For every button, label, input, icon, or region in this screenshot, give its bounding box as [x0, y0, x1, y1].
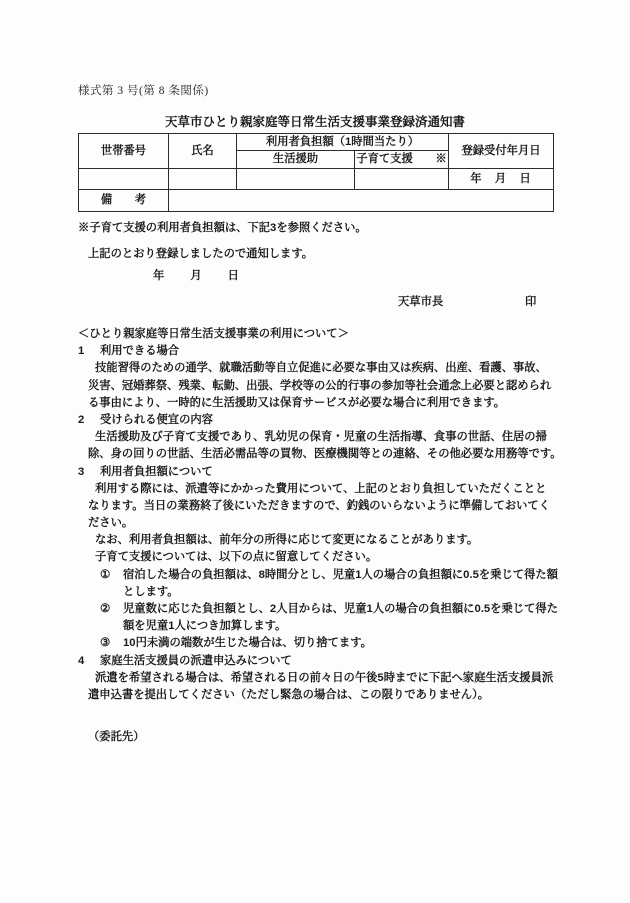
section-1-line: る事由により、一時的に生活援助又は保育サービスが必要な場合に利用できます。 — [78, 395, 558, 412]
document-title: 天草市ひとり親家庭等日常生活支援事業登録済通知書 — [0, 112, 630, 130]
circled-1-marker: ① — [100, 567, 123, 584]
section-3-line: 利用する際には、派遣等にかかった費用について、上記のとおり負担していただくことと — [78, 481, 558, 498]
section-2-number: 2 — [78, 412, 100, 429]
section-3-line: なります。当日の業務終了後にいただきますので、釣銭のいらないように準備しておいて… — [78, 498, 558, 515]
section-3-line: なお、利用者負担額は、前年分の所得に応じて変更になることがあります。 — [78, 532, 558, 549]
consignee-label: （委託先） — [88, 728, 145, 744]
childcare-note: ※子育て支援の利用者負担額は、下記3を参照ください。 — [78, 219, 367, 235]
section-1-line: 災害、冠婚葬祭、残業、転勤、出張、学校等の公的行事の参加等社会通念上必要と認めら… — [78, 378, 558, 395]
user-charge-header: 利用者負担額（1時間当たり） — [237, 134, 449, 151]
section-2-title-text: 受けられる便宜の内容 — [100, 414, 213, 426]
circled-item-1-text: 宿泊した場合の負担額は、8時間分とし、児童1人の場合の負担額に0.5を乗じて得た… — [123, 569, 558, 581]
circled-item-2-text: 児童数に応じた負担額とし、2人目からは、児童1人の場合の負担額に0.5を乗じて得… — [123, 603, 558, 615]
registered-notice: 上記のとおり登録しましたので通知します。 — [88, 245, 313, 261]
usage-guide: ＜ひとり親家庭等日常生活支援事業の利用について＞ 1利用できる場合 技能習得のた… — [78, 326, 558, 704]
circled-item-2-line: ②児童数に応じた負担額とし、2人目からは、児童1人の場合の負担額に0.5を乗じて… — [78, 601, 558, 618]
remarks-label: 備 考 — [79, 190, 169, 212]
remarks-row: 備 考 — [79, 190, 554, 212]
household-number-cell — [79, 169, 169, 190]
section-3-title: 3利用者負担額について — [78, 464, 558, 481]
mayor-signature-line: 天草市長 印 — [0, 293, 630, 308]
registration-date-header: 登録受付年月日 — [449, 134, 554, 169]
section-4-title: 4家庭生活支援員の派遣申込みについて — [78, 653, 558, 670]
section-1-title: 1利用できる場合 — [78, 343, 558, 360]
childcare-support-header: 子育て支援 ※ — [355, 151, 449, 169]
circled-2-marker: ② — [100, 601, 123, 618]
circled-item-3-line: ③10円未満の端数が生じた場合は、切り捨てます。 — [78, 635, 558, 652]
section-3-line: ださい。 — [78, 515, 558, 532]
document-page: 様式第 3 号(第 8 条関係) 天草市ひとり親家庭等日常生活支援事業登録済通知… — [0, 0, 630, 903]
childcare-support-cell — [355, 169, 449, 190]
remarks-cell — [169, 190, 554, 212]
section-2-title: 2受けられる便宜の内容 — [78, 412, 558, 429]
life-support-cell — [237, 169, 355, 190]
section-4-number: 4 — [78, 653, 100, 670]
section-3-title-text: 利用者負担額について — [100, 466, 213, 478]
registration-table: 世帯番号 氏名 利用者負担額（1時間当たり） 登録受付年月日 生活援助 子育て支… — [78, 133, 554, 212]
household-number-header: 世帯番号 — [79, 134, 169, 169]
section-4-line: 遣申込書を提出してください（ただし緊急の場合は、この限りでありません）。 — [78, 687, 558, 704]
date-day-label: 日 — [228, 267, 239, 283]
registration-date-cell: 年 月 日 — [449, 169, 554, 190]
section-4-title-text: 家庭生活支援員の派遣申込みについて — [100, 655, 292, 667]
section-4-line: 派遣を希望される場合は、希望される日の前々日の午後5時までに下記へ家庭生活支援員… — [78, 670, 558, 687]
circled-item-2-line: 額を児童1人につき加算します。 — [78, 618, 558, 635]
circled-3-marker: ③ — [100, 635, 123, 652]
table-header-row-1: 世帯番号 氏名 利用者負担額（1時間当たり） 登録受付年月日 — [79, 134, 554, 151]
section-3-number: 3 — [78, 464, 100, 481]
circled-item-3-text: 10円未満の端数が生じた場合は、切り捨てます。 — [123, 637, 372, 649]
mayor-title: 天草市長 — [398, 293, 443, 309]
section-1-title-text: 利用できる場合 — [100, 345, 179, 357]
form-number: 様式第 3 号(第 8 条関係) — [78, 82, 209, 98]
seal-mark: 印 — [525, 293, 536, 309]
section-2-line: 除、身の回りの世話、生活必需品等の買物、医療機関等との連絡、その他必要な用務等で… — [78, 446, 558, 463]
section-1-number: 1 — [78, 343, 100, 360]
table-value-row: 年 月 日 — [79, 169, 554, 190]
guide-heading: ＜ひとり親家庭等日常生活支援事業の利用について＞ — [78, 326, 558, 343]
life-support-header: 生活援助 — [237, 151, 355, 169]
circled-item-1-line: ①宿泊した場合の負担額は、8時間分とし、児童1人の場合の負担額に0.5を乗じて得… — [78, 567, 558, 584]
name-cell — [169, 169, 237, 190]
circled-item-1-line: とします。 — [78, 584, 558, 601]
date-month-label: 月 — [190, 267, 201, 283]
date-year-label: 年 — [153, 267, 164, 283]
section-2-line: 生活援助及び子育て支援であり、乳幼児の保育・児童の生活指導、食事の世話、住居の掃 — [78, 429, 558, 446]
notice-date-line: 年 月 日 — [153, 267, 239, 283]
section-1-line: 技能習得のための通学、就職活動等自立促進に必要な事由又は疾病、出産、看護、事故、 — [78, 360, 558, 377]
name-header: 氏名 — [169, 134, 237, 169]
section-3-line: 子育て支援については、以下の点に留意してください。 — [78, 549, 558, 566]
